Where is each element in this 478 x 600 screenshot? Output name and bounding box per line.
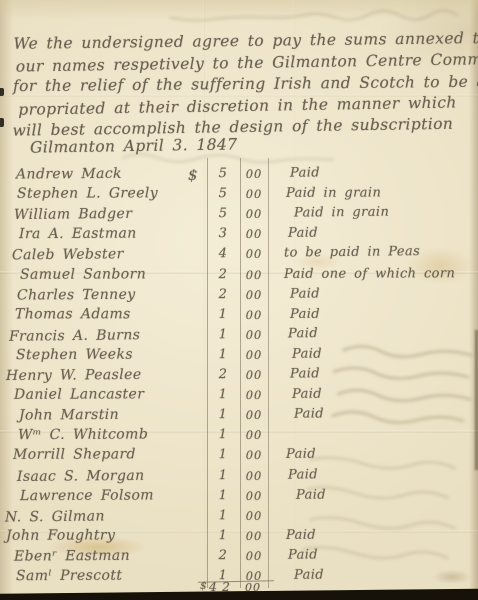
amount-cents: 00: [241, 468, 267, 482]
amount-cents: 00: [241, 348, 267, 362]
table-row: Samˡ Prescott 1 00 Paid: [0, 564, 478, 587]
amount-cents: 00: [241, 408, 267, 422]
table-row: John Foughtry 1 00 Paid: [0, 524, 478, 546]
table-row: Wᵐ C. Whitcomb 1 00: [0, 423, 478, 446]
subscriber-name: N. S. Gilman: [5, 508, 105, 525]
amount-dollars: 1: [209, 307, 237, 322]
amount-cents: 00: [241, 529, 267, 543]
scan-edge-mark: [0, 88, 4, 96]
scan-edge-strip: [0, 585, 478, 600]
payment-note: Paid: [286, 447, 316, 462]
amount-cents: 00: [241, 167, 267, 181]
payment-note: Paid: [294, 407, 324, 422]
amount-dollars: 5: [209, 206, 237, 221]
table-row: Samuel Sanborn 2 00 Paid one of which co…: [0, 263, 478, 285]
amount-cents: 00: [241, 247, 267, 261]
table-row: Ebenʳ Eastman 2 00 Paid: [0, 543, 478, 566]
payment-note: Paid in grain: [286, 186, 381, 201]
subscriber-name: Lawrence Folsom: [20, 487, 154, 504]
amount-cents: 00: [241, 187, 267, 201]
payment-note: Paid: [294, 568, 324, 583]
payment-note: Paid: [292, 346, 322, 361]
table-row: Charles Tenney 2 00 Paid: [0, 282, 478, 305]
amount-cents: 00: [241, 227, 267, 241]
amount-dollars: 3: [209, 226, 237, 241]
amount-dollars: 1: [209, 327, 237, 342]
subscriber-name: Morrill Shepard: [13, 447, 136, 463]
subscriber-name: John Foughtry: [6, 527, 115, 543]
preamble: We the undersigned agree to pay the sums…: [13, 28, 472, 142]
amount-cents: 00: [241, 368, 267, 382]
amount-dollars: 1: [209, 427, 237, 442]
payment-note: Paid: [290, 307, 320, 322]
amount-dollars: 4: [209, 246, 237, 261]
table-row: Andrew Mack 5 00 Paid: [0, 161, 478, 184]
subscriber-name: Samˡ Prescott: [16, 568, 122, 585]
payment-note: Paid: [292, 387, 322, 402]
amount-cents: 00: [241, 549, 267, 563]
amount-dollars: 2: [209, 267, 237, 282]
subscriber-name: Caleb Webster: [12, 247, 124, 264]
amount-dollars: 2: [209, 367, 237, 382]
amount-dollars: 1: [209, 407, 237, 422]
subscriber-name: Wᵐ C. Whitcomb: [18, 427, 148, 444]
payment-note: Paid in grain: [294, 205, 389, 221]
subscriber-name: Stephen Weeks: [16, 346, 133, 363]
payment-note: Paid: [288, 467, 318, 482]
subscriber-name: Samuel Sanborn: [20, 266, 146, 282]
table-row: Morrill Shepard 1 00 Paid: [0, 444, 478, 466]
subscriber-name: Henry W. Peaslee: [6, 367, 142, 384]
subscriber-name: Ira A. Eastman: [19, 226, 137, 243]
amount-cents: 00: [241, 508, 267, 522]
payment-note: Paid: [290, 165, 320, 180]
amount-dollars: 2: [209, 287, 237, 302]
scan-edge-mark: [0, 118, 4, 127]
subscriber-name: Isaac S. Morgan: [17, 467, 145, 484]
table-row: Daniel Lancaster 1 00 Paid: [0, 383, 478, 405]
amount-dollars: 1: [209, 447, 237, 462]
subscriber-name: Ebenʳ Eastman: [14, 548, 130, 565]
payment-note: Paid: [286, 528, 316, 543]
dateline: Gilmanton April 3. 1847: [30, 135, 238, 156]
amount-cents: 00: [241, 428, 267, 442]
amount-cents: 00: [241, 308, 267, 322]
amount-cents: 00: [241, 488, 267, 502]
subscriber-name: Stephen L. Greely: [17, 185, 158, 201]
table-row: Caleb Webster 4 00 to be paid in Peas: [0, 241, 478, 266]
subscriber-name: Thomas Adams: [15, 306, 131, 322]
amount-cents: 00: [241, 267, 267, 281]
amount-cents: 00: [241, 287, 267, 301]
payment-note: Paid: [288, 326, 318, 341]
payment-note: Paid: [296, 487, 326, 502]
subscriber-name: John Marstin: [19, 407, 119, 424]
amount-cents: 00: [241, 448, 267, 462]
amount-dollars: 1: [209, 468, 237, 483]
payment-note: Paid: [288, 226, 318, 241]
amount-dollars: 1: [209, 508, 237, 523]
subscriber-name: Charles Tenney: [17, 286, 136, 303]
payment-note: Paid one of which corn: [284, 266, 455, 282]
subscriber-name: William Badger: [14, 206, 132, 223]
amount-dollars: 5: [209, 186, 237, 201]
payment-note: to be paid in Peas: [284, 244, 420, 260]
table-row: Isaac S. Morgan 1 00 Paid: [0, 462, 478, 486]
amount-dollars: 1: [209, 488, 237, 503]
amount-dollars: 1: [209, 387, 237, 402]
payment-note: Paid: [288, 547, 318, 562]
amount-dollars: 5: [209, 166, 237, 181]
subscriber-name: Daniel Lancaster: [14, 386, 144, 402]
payment-note: Paid: [290, 366, 320, 381]
payment-note: Paid: [290, 286, 320, 301]
subscription-table: Andrew Mack 5 00 Paid Stephen L. Greely …: [0, 163, 478, 585]
amount-dollars: 1: [209, 528, 237, 543]
subscriber-name: Francis A. Burns: [9, 327, 141, 345]
amount-cents: 00: [241, 327, 267, 341]
subscriber-name: Andrew Mack: [16, 166, 122, 183]
amount-cents: 00: [241, 207, 267, 221]
amount-dollars: 1: [209, 347, 237, 362]
document-page: We the undersigned agree to pay the sums…: [0, 0, 478, 600]
amount-cents: 00: [241, 388, 267, 402]
total-currency-sign: $: [200, 580, 207, 592]
amount-dollars: 2: [209, 548, 237, 563]
